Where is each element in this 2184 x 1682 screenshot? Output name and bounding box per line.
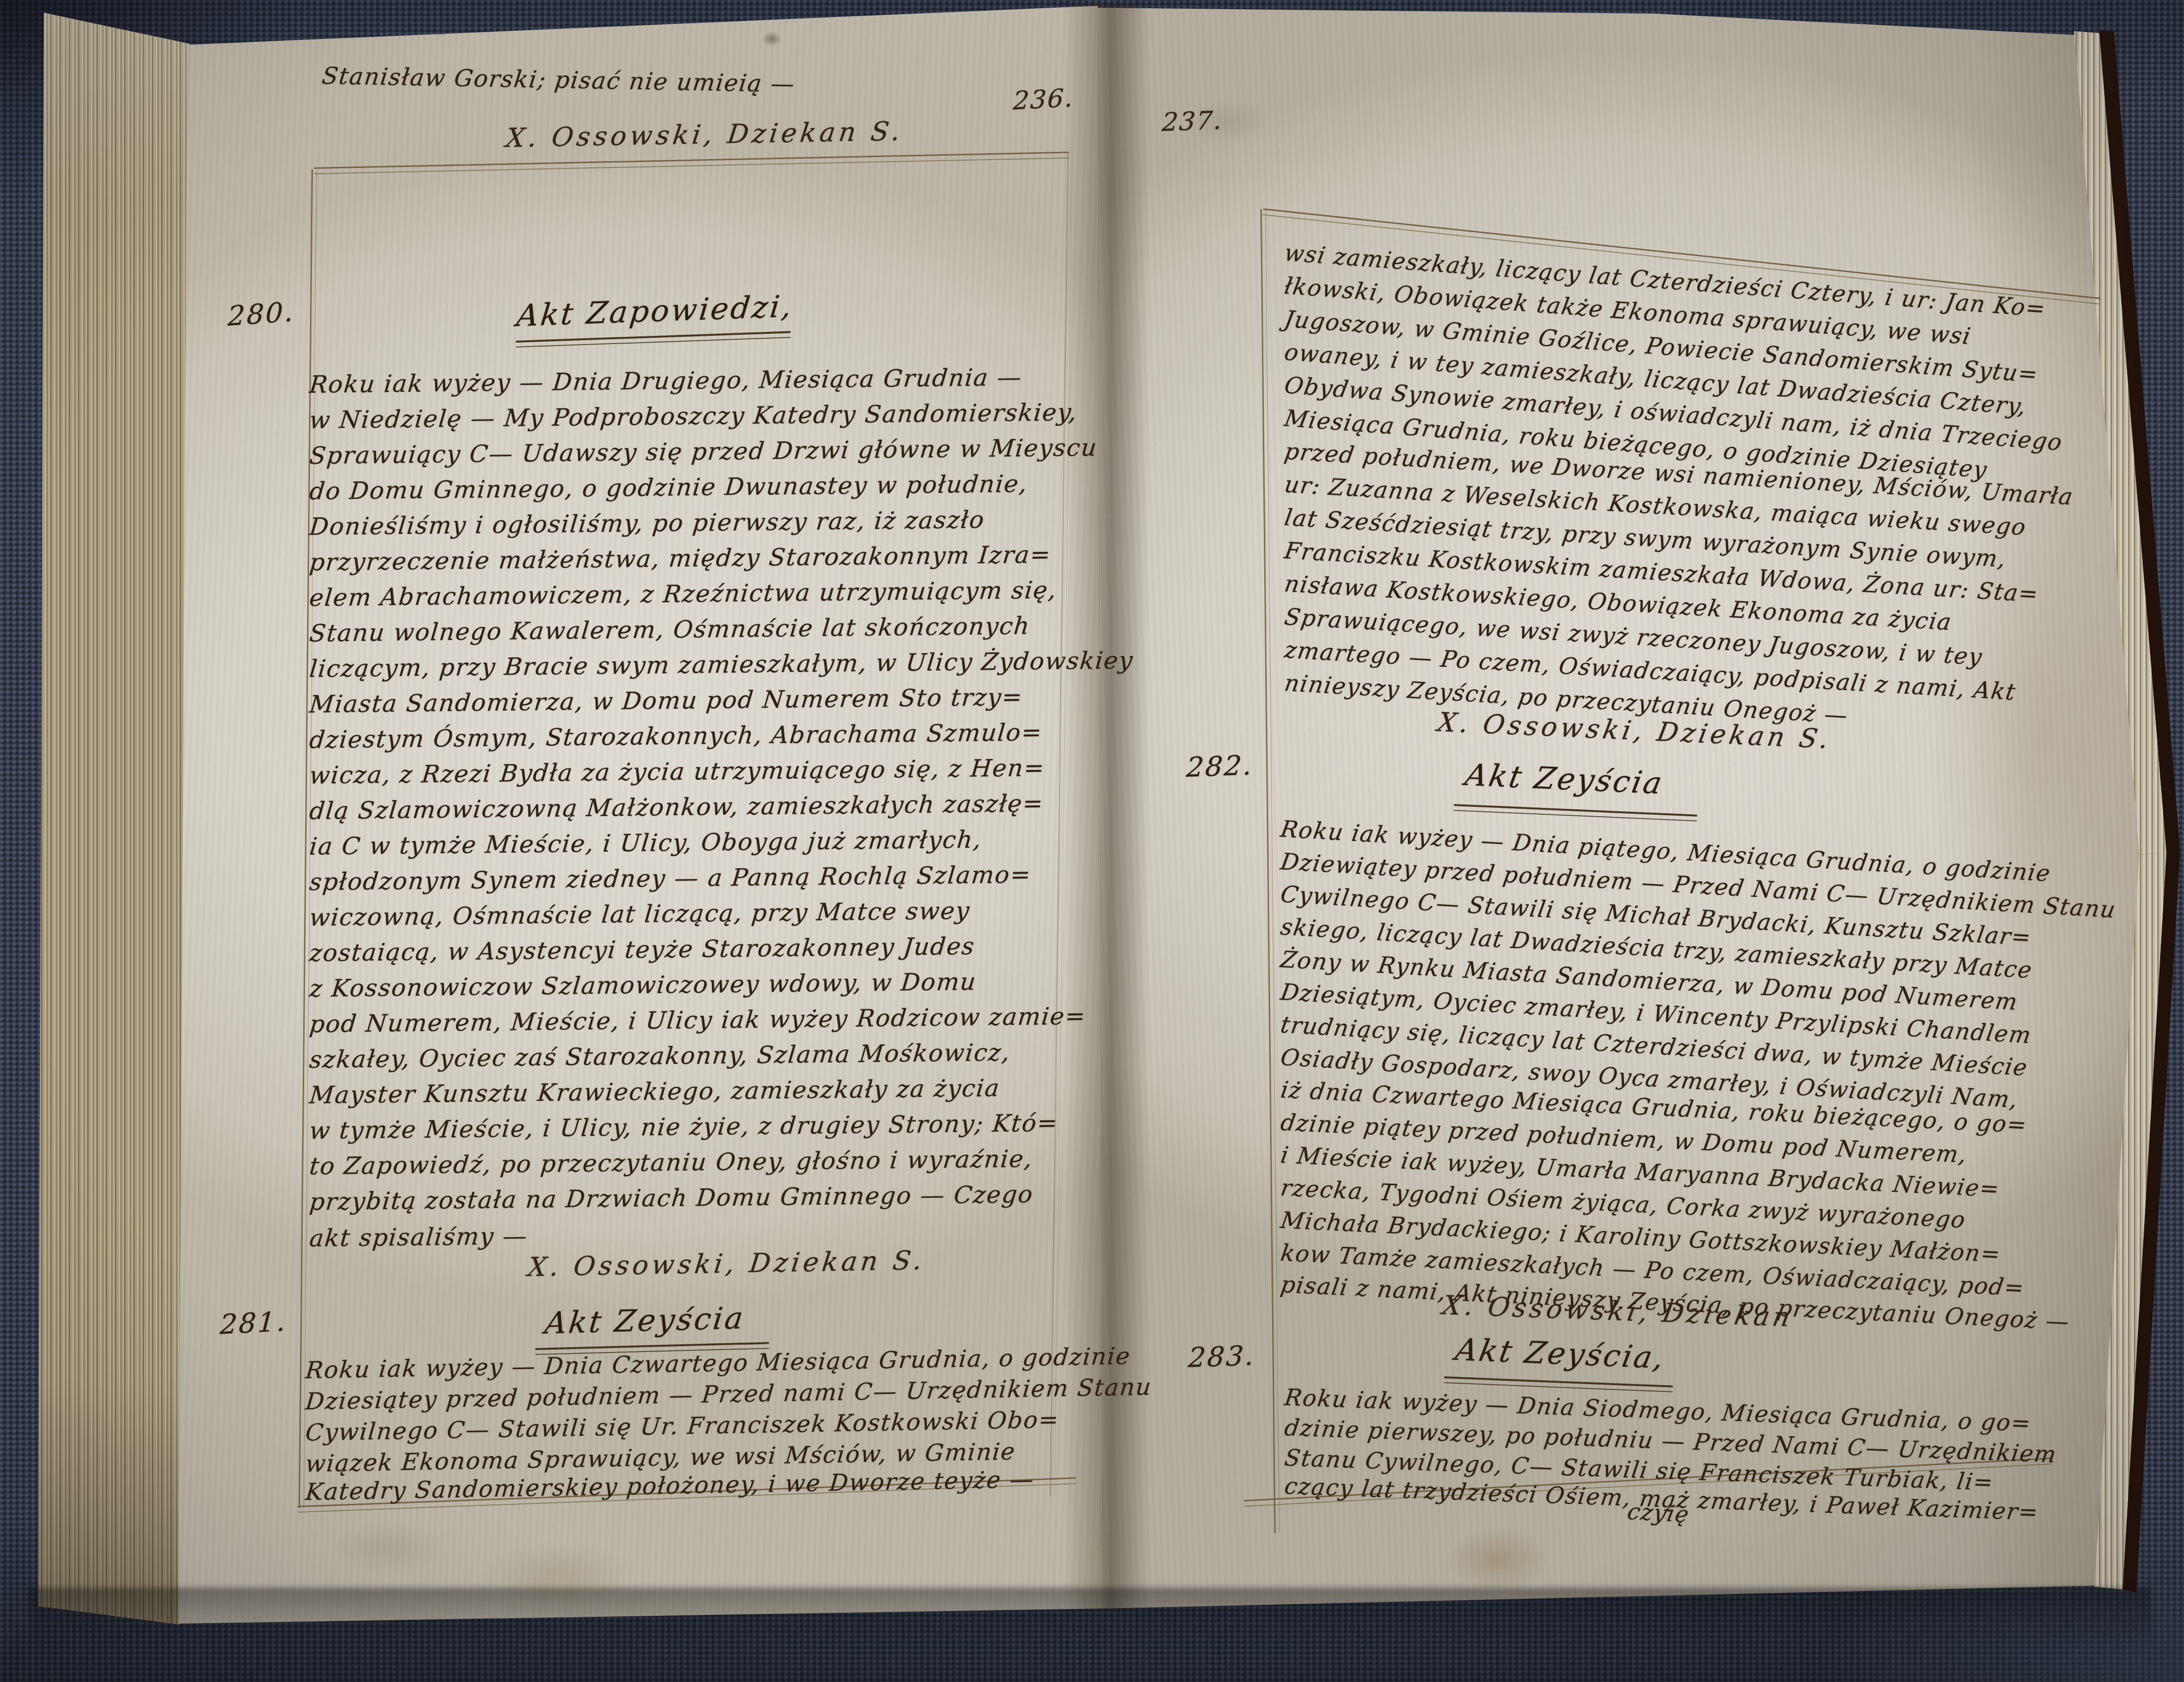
catchword: czyię xyxy=(1625,1498,1692,1528)
archive-register-photo: 236. 237. Stanisław Gorski; pisać nie um… xyxy=(0,0,2184,1682)
entry-number: 281. xyxy=(219,1306,288,1341)
page-number-right: 237. xyxy=(1161,106,1223,137)
book-drop-shadow xyxy=(29,1588,2151,1651)
entry-number: 280. xyxy=(227,296,295,332)
entry-number: 282. xyxy=(1185,750,1255,784)
page-number-left: 236. xyxy=(1012,84,1074,116)
entry-number: 283. xyxy=(1187,1340,1256,1374)
entry-heading: Akt Zeyścia xyxy=(543,1300,747,1341)
